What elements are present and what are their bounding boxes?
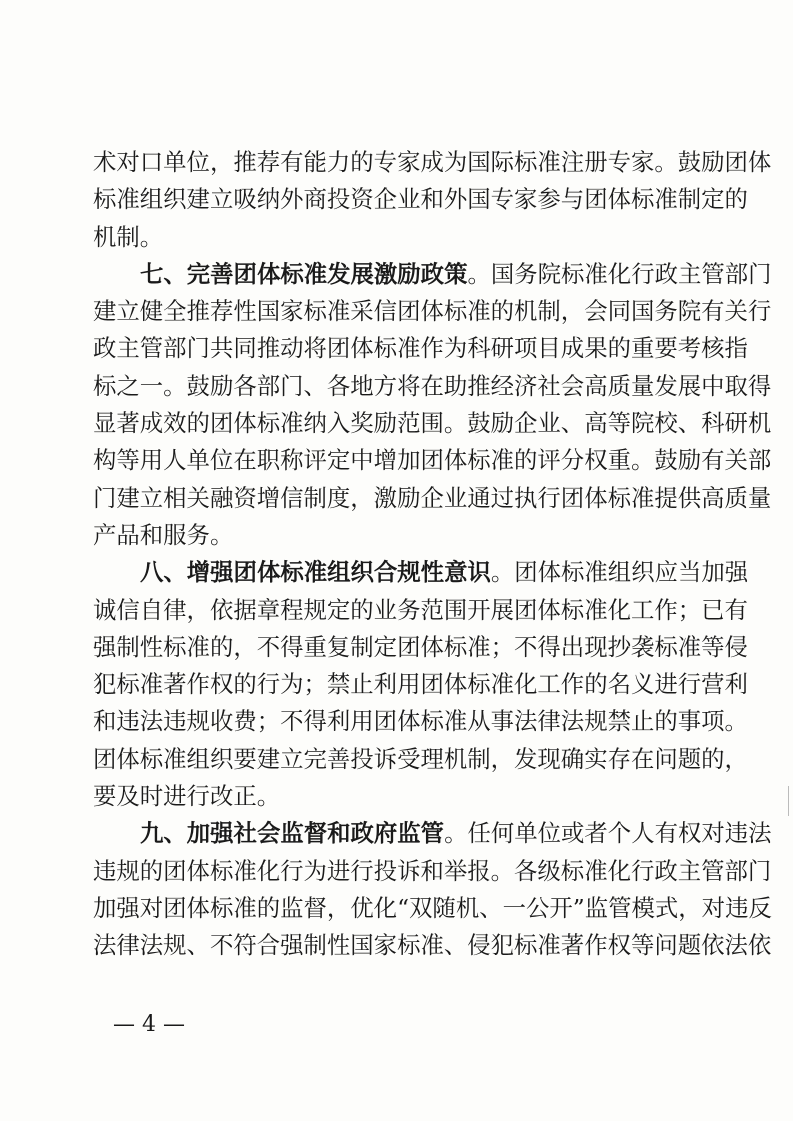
body-line: 门建立相关融资增信制度，激励企业通过执行团体标准提供高质量 [93,480,707,517]
body-line: 标准组织建立吸纳外商投资企业和外国专家参与团体标准制定的 [93,181,707,218]
body-line: 产品和服务。 [93,517,707,554]
body-text: 。任何单位或者个人有权对违法 [444,819,771,847]
body-line: 法律法规、不符合强制性国家标准、侵犯标准著作权等问题依法依 [93,927,707,964]
body-line: 术对口单位，推荐有能力的专家成为国际标准注册专家。鼓励团体 [93,144,707,181]
scan-artifact-mark [788,786,789,816]
body-line: 加强对团体标准的监督，优化“双随机、一公开”监管模式，对违反 [93,890,707,927]
section-9-first-line: 九、加强社会监督和政府监管。任何单位或者个人有权对违法 [93,815,707,852]
body-line: 和违法违规收费；不得利用团体标准从事法律法规禁止的事项。 [93,703,707,740]
body-line: 机制。 [93,219,707,256]
section-8-first-line: 八、增强团体标准组织合规性意识。团体标准组织应当加强 [93,554,707,591]
body-text: 。团体标准组织应当加强 [491,558,748,586]
body-line: 显著成效的团体标准纳入奖励范围。鼓励企业、高等院校、科研机 [93,405,707,442]
body-line: 建立健全推荐性国家标准采信团体标准的机制，会同国务院有关行 [93,293,707,330]
body-line: 要及时进行改正。 [93,778,707,815]
body-line: 强制性标准的，不得重复制定团体标准；不得出现抄袭标准等侵 [93,629,707,666]
section-heading-8: 八、增强团体标准组织合规性意识 [140,558,491,586]
document-page: 术对口单位，推荐有能力的专家成为国际标准注册专家。鼓励团体 标准组织建立吸纳外商… [93,144,707,965]
body-line: 标之一。鼓励各部门、各地方将在助推经济社会高质量发展中取得 [93,368,707,405]
section-7-first-line: 七、完善团体标准发展激励政策。国务院标准化行政主管部门 [93,256,707,293]
page-number: — 4 — [113,1012,185,1037]
body-line: 构等用人单位在职称评定中增加团体标准的评分权重。鼓励有关部 [93,442,707,479]
body-line: 犯标准著作权的行为；禁止利用团体标准化工作的名义进行营利 [93,666,707,703]
section-heading-7: 七、完善团体标准发展激励政策 [140,260,467,288]
section-heading-9: 九、加强社会监督和政府监管 [140,819,444,847]
body-line: 团体标准组织要建立完善投诉受理机制，发现确实存在问题的， [93,741,707,778]
body-line: 诚信自律，依据章程规定的业务范围开展团体标准化工作；已有 [93,592,707,629]
body-line: 政主管部门共同推动将团体标准作为科研项目成果的重要考核指 [93,330,707,367]
body-text: 。国务院标准化行政主管部门 [467,260,771,288]
body-line: 违规的团体标准化行为进行投诉和举报。各级标准化行政主管部门 [93,853,707,890]
